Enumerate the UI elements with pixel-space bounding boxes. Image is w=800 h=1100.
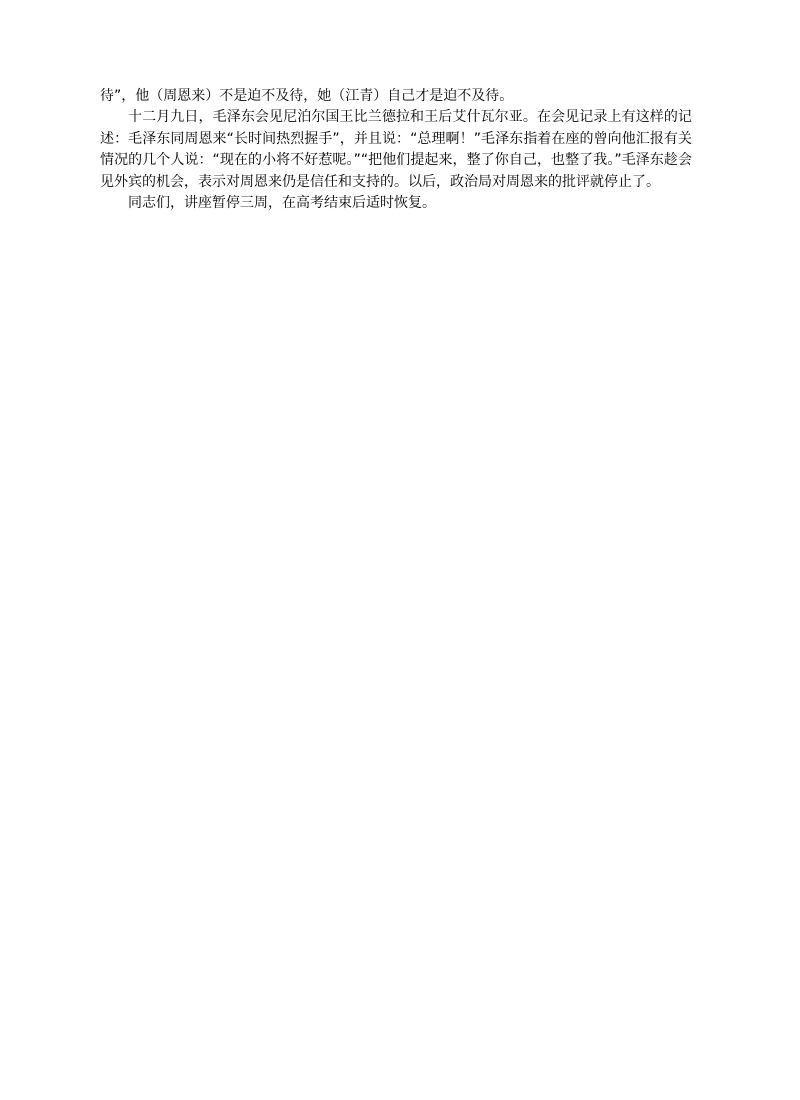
paragraph-lecture-pause: 同志们，讲座暂停三周，在高考结束后适时恢复。 (100, 193, 692, 214)
paragraph-nepal-meeting: 十二月九日，毛泽东会见尼泊尔国王比兰德拉和王后艾什瓦尔亚。在会见记录上有这样的记… (100, 107, 692, 193)
document-page: 待”，他（周恩来）不是迫不及待，她（江青）自己才是迫不及待。 十二月九日，毛泽东… (100, 86, 692, 214)
paragraph-continuation: 待”，他（周恩来）不是迫不及待，她（江青）自己才是迫不及待。 (100, 86, 692, 107)
